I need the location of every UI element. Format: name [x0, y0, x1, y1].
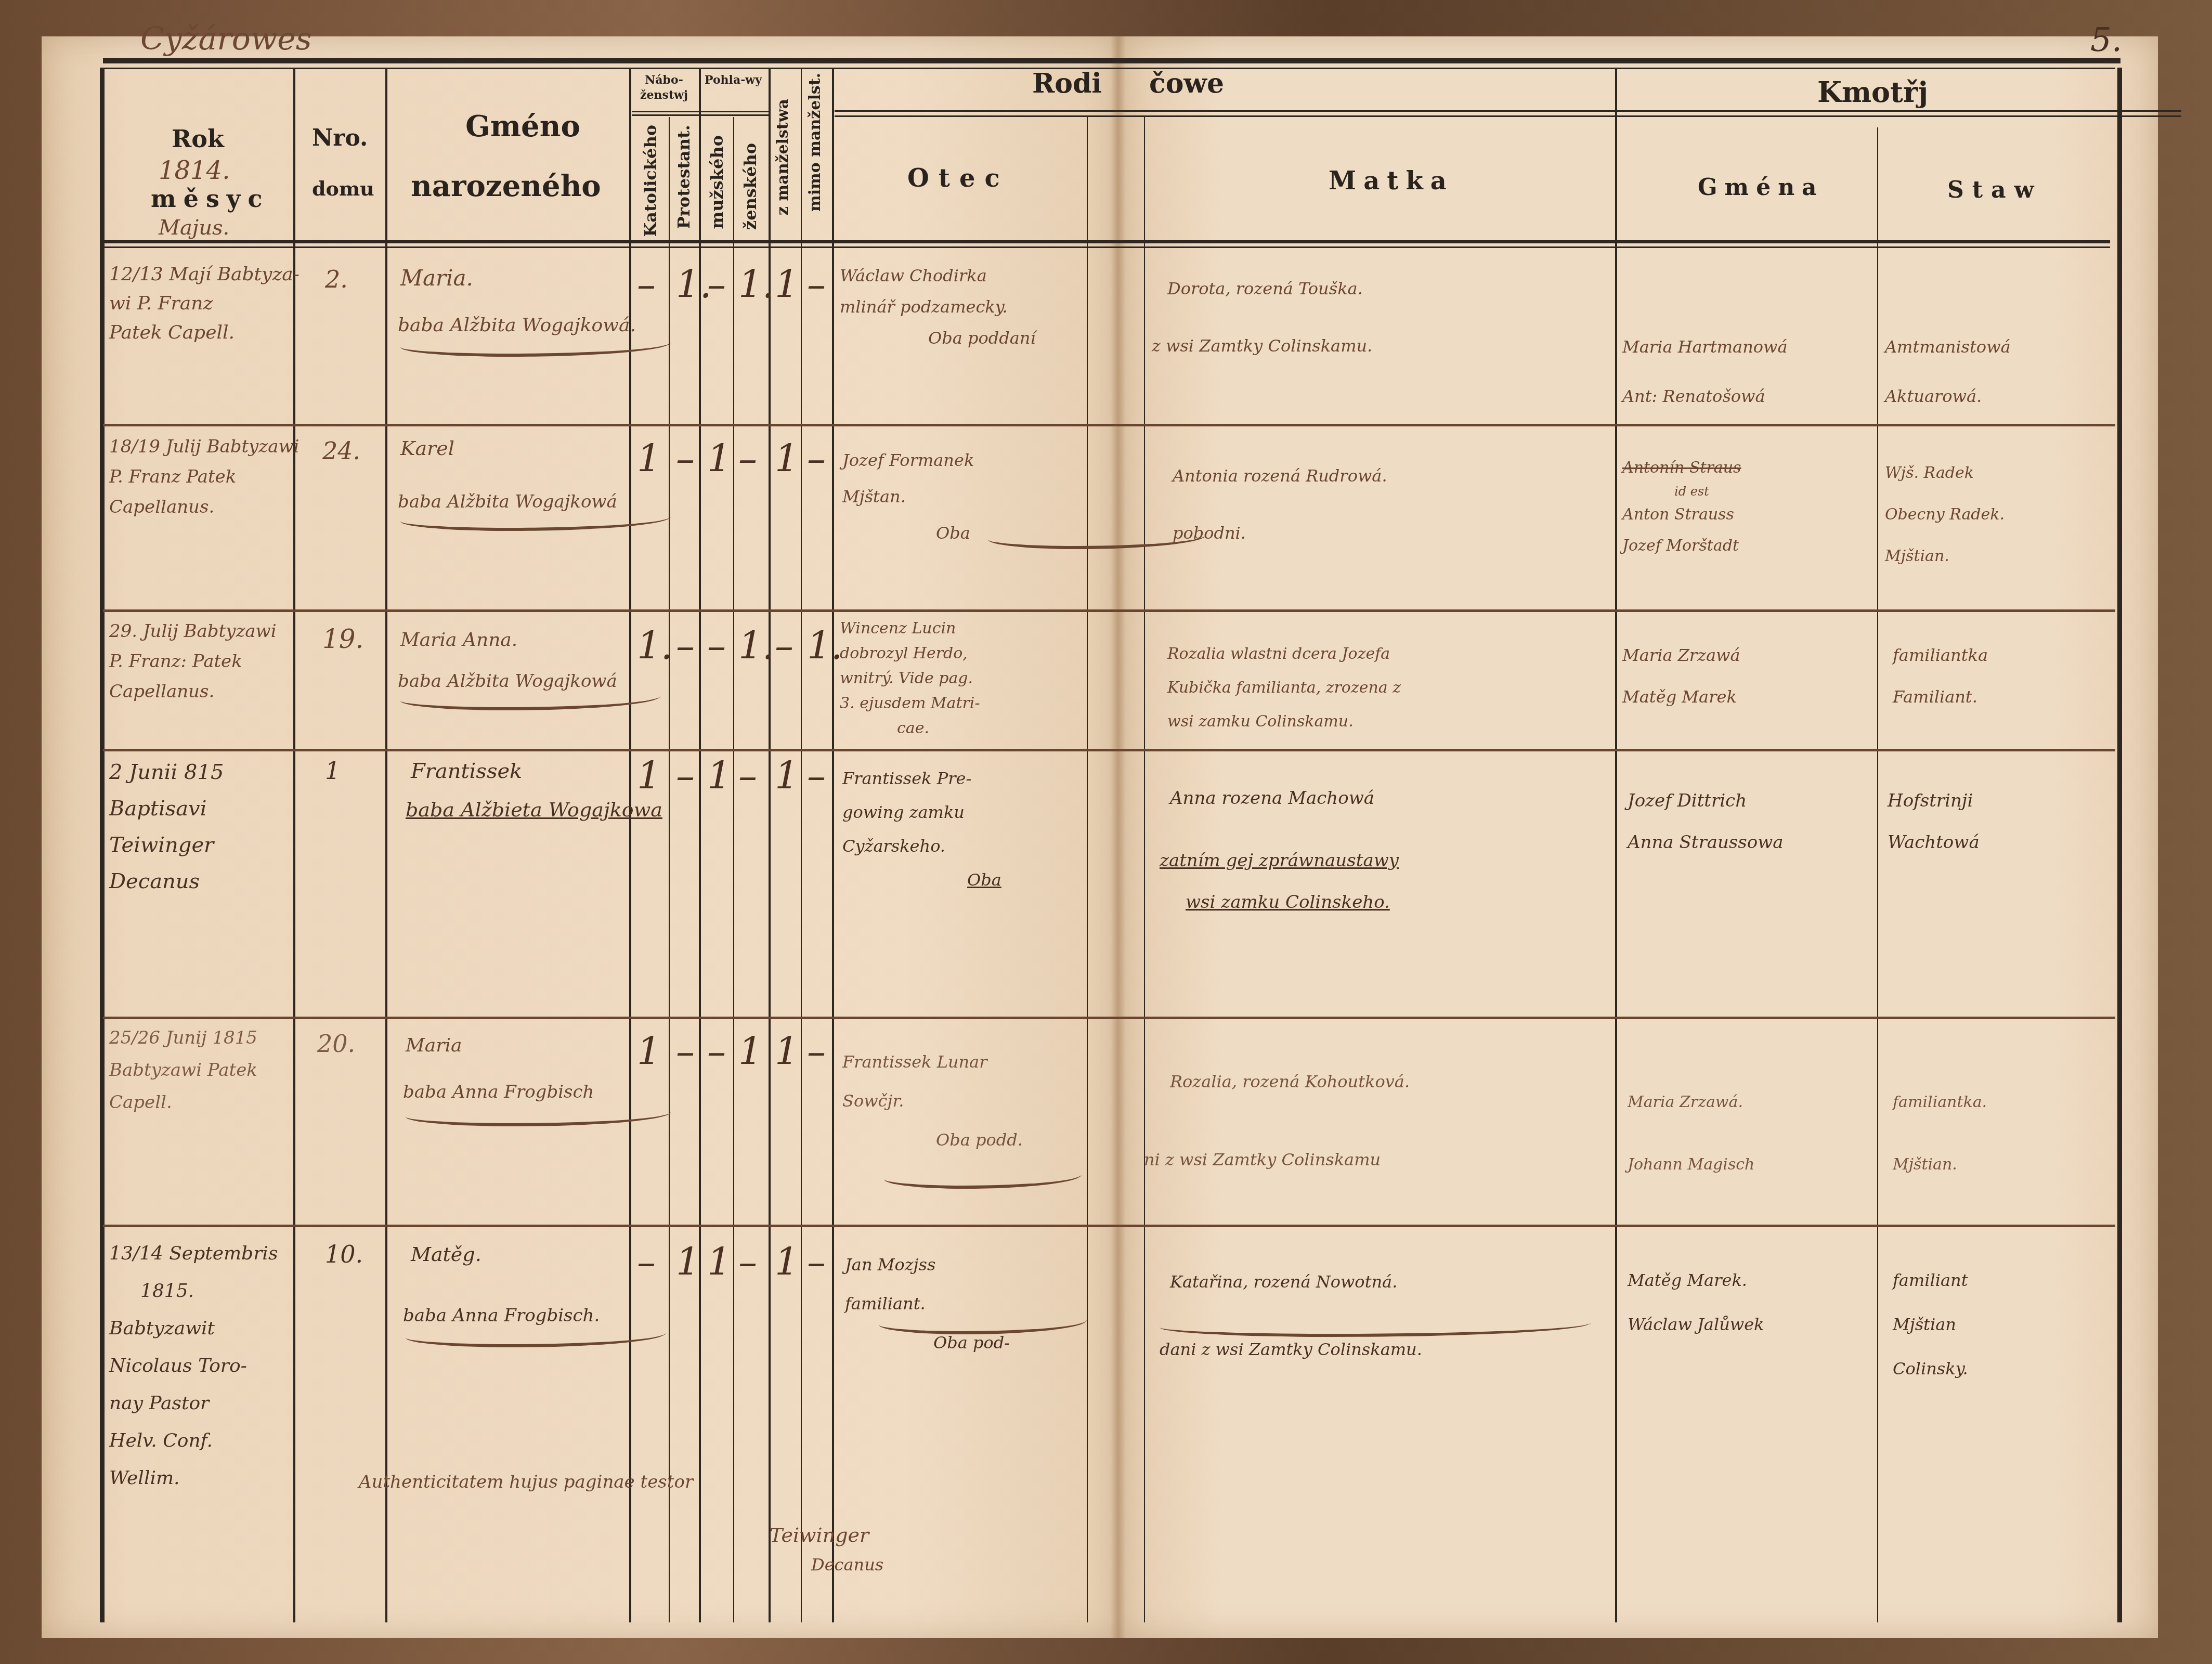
header-kmotri: Kmotřj — [1817, 75, 1928, 109]
entry-child-name: Frantissek — [411, 759, 522, 783]
entry-godparent-status: AmtmanistowáAktuarowá. — [1885, 322, 2011, 421]
mark-z-manzelstwa: 1 — [775, 437, 799, 480]
mark-zenske: – — [738, 1240, 757, 1284]
mark-katolicke: 1 — [637, 1030, 661, 1073]
header-domu: domu — [312, 177, 374, 200]
entry-midwife: baba Anna Frogbisch — [403, 1082, 594, 1102]
page-number: 5. — [2090, 21, 2122, 59]
mark-protestant: – — [676, 754, 695, 798]
header-staw: Staw — [1947, 177, 2042, 203]
mark-zenske: – — [738, 754, 757, 798]
mark-z-manzelstwa: 1 — [775, 754, 799, 798]
header-year: 1814. — [159, 156, 230, 185]
mark-katolicke: 1 — [637, 437, 661, 480]
mark-protestant: – — [676, 437, 695, 480]
entry-godparents: Maria ZrzawáMatěg Marek — [1622, 634, 1740, 718]
header-protestant: Protestant. — [674, 125, 694, 229]
mark-katolicke: 1 — [637, 754, 661, 798]
mark-z-manzelstwa: 1 — [775, 263, 799, 306]
entry-child-name: Karel — [400, 437, 454, 460]
entry-father: Frantissek LunarSowčjr.Oba podd. — [842, 1043, 1023, 1160]
entry-house-number: 2. — [325, 265, 348, 293]
entry-godparents: Matěg Marek.Wáclaw Jalůwek — [1628, 1258, 1764, 1347]
entry-midwife: baba Alžbieta Wogajkowa — [406, 798, 662, 821]
entry-mother: Antonia rozená Rudrowá.pobodni. — [1173, 447, 1387, 562]
mark-katolicke: – — [637, 263, 656, 306]
header-rok: Rok — [172, 125, 224, 153]
entry-godparents: Antonín Strausid estAnton StraussJozef M… — [1622, 452, 1741, 562]
entry-house-number: 10. — [325, 1240, 363, 1268]
header-narozeneho: narozeného — [411, 169, 601, 203]
mark-zenske: 1. — [738, 263, 774, 306]
mark-muzske: 1 — [707, 754, 731, 798]
header-gmena: Gména — [1698, 174, 1824, 201]
mark-muzske: – — [707, 1030, 726, 1073]
entry-date: 25/26 Junij 1815Babtyzawi PatekCapell. — [109, 1022, 257, 1119]
mark-muzske: 1 — [707, 437, 731, 480]
entry-father: Frantissek Pre-gowing zamkuCyžarskeho.Ob… — [842, 762, 1001, 897]
header-nro: Nro. — [312, 125, 368, 151]
entry-father: Wáclaw Chodirkamlinář podzamecky.Oba pod… — [840, 260, 1036, 354]
header-mimo-manzelst: mimo manželst. — [806, 73, 824, 212]
mark-zenske: 1. — [738, 624, 774, 668]
entry-godparent-status: familiantka.Mjštian. — [1893, 1071, 1987, 1196]
header-katolickeho: Katolického — [641, 125, 660, 237]
mark-mimo-manzelst: – — [807, 437, 826, 480]
mark-protestant: 1 — [676, 1240, 700, 1284]
header-gmeno: Gméno — [465, 109, 580, 144]
entry-date: 13/14 Septembris1815.BabtyzawitNicolaus … — [109, 1235, 278, 1497]
entry-godparent-status: familiantMjštianColinsky. — [1893, 1258, 1968, 1391]
entry-midwife: baba Anna Frogbisch. — [403, 1305, 600, 1326]
entry-godparent-status: HofstrinjiWachtowá — [1888, 780, 1980, 863]
entry-mother: Rozalia, rozená Kohoutková.ni z wsi Zamt… — [1170, 1043, 1410, 1199]
header-rodicowe-2: čowe — [1149, 68, 1224, 99]
entry-house-number: 20. — [317, 1030, 355, 1058]
mark-mimo-manzelst: – — [807, 1030, 826, 1073]
mark-mimo-manzelst: – — [807, 754, 826, 798]
mark-zenske: – — [738, 437, 757, 480]
mark-z-manzelstwa: 1 — [775, 1240, 799, 1284]
entry-mother: Rozalia wlastni dcera JozefaKubička fami… — [1167, 637, 1401, 738]
entry-date: 18/19 Julij BabtyzawiP. Franz PatekCapel… — [109, 432, 299, 522]
page-location-label: Cyžárowes — [140, 21, 312, 57]
entry-child-name: Maria — [406, 1035, 462, 1056]
mark-mimo-manzelst: 1. — [807, 624, 843, 668]
entry-godparents: Maria HartmanowáAnt: Renatošowá — [1622, 322, 1788, 421]
header-zenskeho: ženského — [740, 143, 760, 230]
authentication-text: Authenticitatem hujus paginae testor — [359, 1472, 693, 1492]
header-otec: Otec — [907, 164, 1009, 193]
entry-child-name: Maria. — [400, 265, 473, 291]
entry-child-name: Maria Anna. — [400, 629, 517, 651]
mark-protestant: 1. — [676, 263, 712, 306]
entry-father: Jan Mozjssfamiliant.Oba pod- — [845, 1245, 1010, 1362]
entry-godparents: Maria Zrzawá.Johann Magisch — [1628, 1071, 1754, 1196]
mark-katolicke: 1. — [637, 624, 673, 668]
book-spine — [1110, 36, 1126, 1638]
entry-house-number: 1 — [325, 757, 340, 785]
mark-z-manzelstwa: – — [775, 624, 793, 668]
mark-mimo-manzelst: – — [807, 1240, 826, 1284]
entry-godparents: Jozef DittrichAnna Straussowa — [1628, 780, 1784, 863]
entry-house-number: 19. — [322, 624, 364, 654]
entry-mother: Anna rozena Machowázatním gej zpráwnaust… — [1170, 767, 1399, 933]
mark-muzske: – — [707, 624, 726, 668]
entry-godparent-status: Wjš. RadekObecny Radek.Mjštian. — [1885, 452, 2005, 577]
mark-zenske: 1 — [738, 1030, 762, 1073]
mark-muzske: – — [707, 263, 726, 306]
mark-muzske: 1 — [707, 1240, 731, 1284]
mark-mimo-manzelst: – — [807, 263, 826, 306]
entry-father: Wincenz Lucindobrozyl Herdo,wnitrý. Vide… — [840, 616, 980, 741]
mark-protestant: – — [676, 1030, 695, 1073]
entry-father: Jozef FormanekMjštan.Oba — [842, 442, 974, 551]
header-z-manzelstwa: z manželstwa — [774, 99, 792, 215]
mark-protestant: – — [676, 624, 695, 668]
header-month: Majus. — [159, 216, 229, 240]
header-pohlawy: Pohla-wy — [702, 73, 764, 88]
mark-z-manzelstwa: 1 — [775, 1030, 799, 1073]
entry-date: 29. Julij BabtyzawiP. Franz: PatekCapell… — [109, 616, 277, 707]
header-nabozenstwi: Nábo-ženstwj — [635, 73, 693, 102]
header-mesyc: měsyc — [151, 185, 270, 213]
mark-katolicke: – — [637, 1240, 656, 1284]
signature-name: Teiwinger — [770, 1524, 869, 1546]
entry-mother: Dorota, rozená Touška.z wsi Zamtky Colin… — [1167, 260, 1372, 374]
signature-title: Decanus — [811, 1555, 883, 1575]
entry-house-number: 24. — [322, 437, 360, 465]
entry-date: 2 Junii 815BaptisaviTeiwingerDecanus — [109, 754, 224, 900]
entry-godparent-status: familiantkaFamiliant. — [1893, 634, 1988, 718]
header-rodicowe-1: Rodi — [1032, 68, 1102, 99]
header-matka: Matka — [1329, 166, 1454, 196]
entry-date: 12/13 Mají Babtyza-wi P. FranzPatek Cape… — [109, 260, 300, 347]
entry-child-name: Matěg. — [411, 1243, 482, 1266]
header-muzskeho: mužského — [707, 135, 727, 229]
